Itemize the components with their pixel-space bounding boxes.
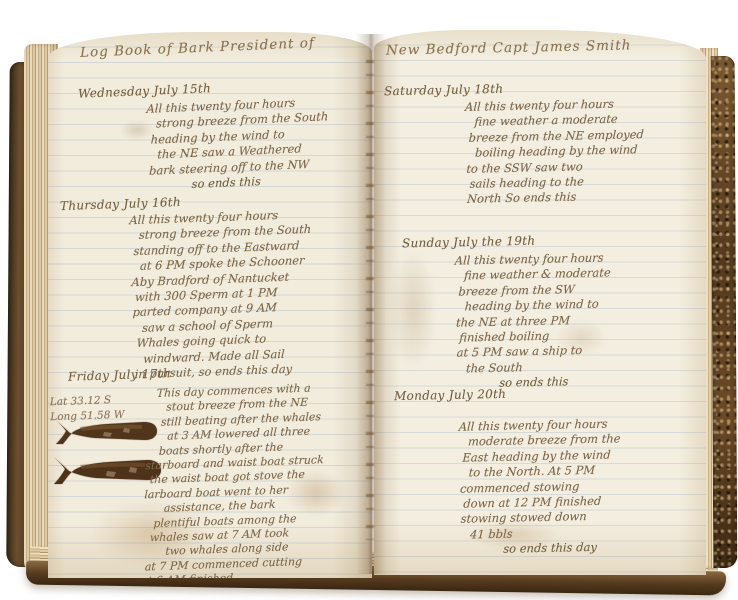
sperm-whale-stamp	[54, 416, 160, 448]
right-page: New Bedford Capt James Smith Saturday Ju…	[374, 30, 706, 575]
right-cover-edge	[711, 56, 738, 568]
logbook-title-left: Log Book of Bark President of	[80, 35, 315, 61]
entry-body: All this twenty four hours fine weather …	[465, 96, 645, 208]
entry-body: All this twenty four hours fine weather …	[455, 250, 614, 392]
entry-body: All this twenty four hours strong breeze…	[146, 94, 331, 194]
logbook-photo: Log Book of Bark President of Wednesday …	[0, 0, 738, 600]
entry-date: Sunday July the 19th	[402, 234, 536, 251]
entry-line: North So ends this	[467, 189, 646, 208]
entry-date: Saturday July 18th	[384, 82, 504, 98]
entry-date: Thursday July 16th	[60, 195, 181, 213]
gutter-foxing	[366, 60, 374, 540]
entry-line: so ends this day	[503, 540, 623, 558]
entry-body: All this twenty four hours moderate bree…	[459, 416, 623, 558]
entry-body: This day commences with a stout breeze f…	[157, 381, 328, 578]
entry-body: All this twenty four hours strong breeze…	[129, 207, 316, 383]
entry-date: Wednesday July 15th	[78, 81, 212, 101]
entry-line: so ends this	[499, 374, 613, 392]
logbook-title-right: New Bedford Capt James Smith	[386, 37, 632, 58]
entry-date: Monday July 20th	[394, 387, 507, 403]
left-page: Log Book of Bark President of Wednesday …	[48, 32, 372, 578]
